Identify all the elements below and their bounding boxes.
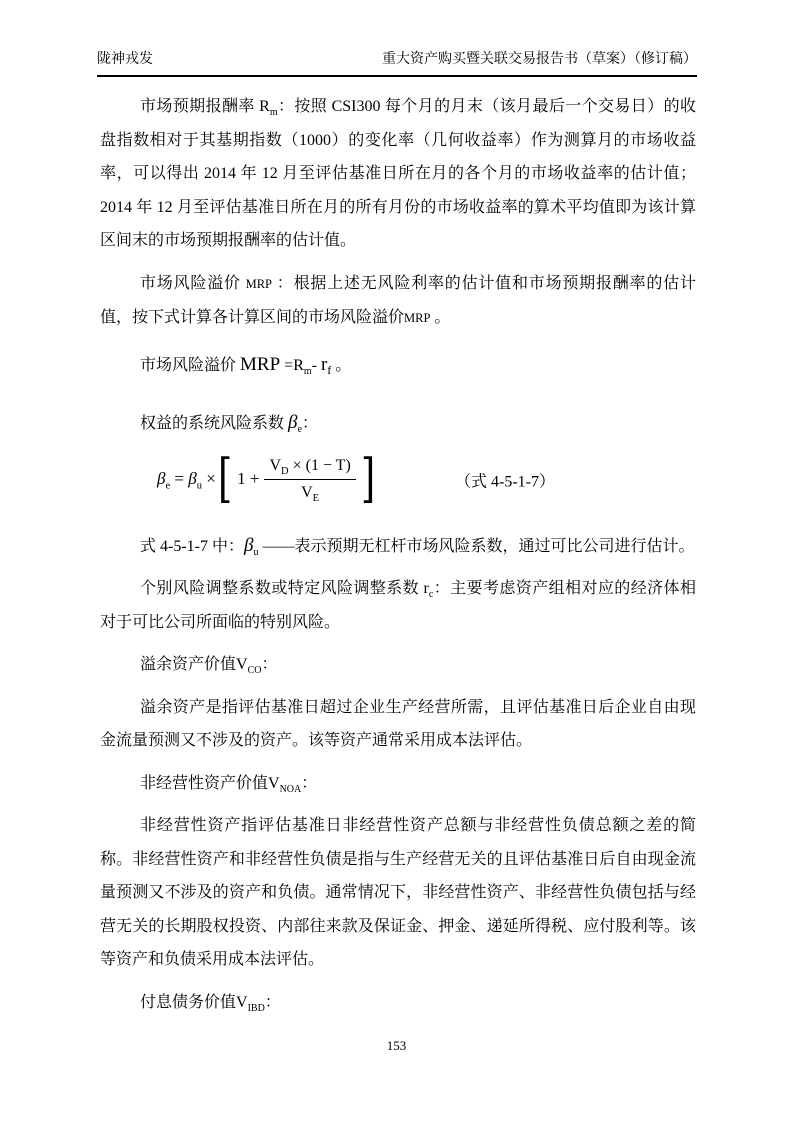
fraction-denominator: VE [301,480,319,503]
formula-mrp: 市场风险溢价 MRP =Rm- rf 。 [100,348,696,383]
open-bracket: [ [218,455,232,504]
para-beta-e: 权益的系统风险系数 βe： [100,406,696,441]
para-formula-note: 式 4-5-1-7 中：βu ——表示预期无杠杆市场风险系数，通过可比公司进行估… [100,529,696,564]
para-interest-debt-title: 付息债务价值VIBD： [100,986,696,1020]
page-number: 153 [387,1038,407,1053]
formula-lhs: βe = βu × [157,469,216,489]
document-body: 市场预期报酬率 Rm：按照 CSI300 每个月的月末（该月最后一个交易日）的收… [100,90,696,1028]
fraction: VD × (1 − T)VE [264,456,355,503]
header-right-title: 重大资产购买暨关联交易报告书（草案）（修订稿） [382,50,697,70]
para-market-risk-premium: 市场风险溢价 MRP ：根据上述无风险利率的估计值和市场预期报酬率的估计值，按下… [100,267,696,336]
para-non-operating-title: 非经营性资产价值VNOA： [100,767,696,801]
header-left-title: 陇神戎发 [97,50,153,70]
page-header: 陇神戎发 重大资产购买暨关联交易报告书（草案）（修订稿） [97,50,697,77]
fraction-numerator: VD × (1 − T) [264,456,355,480]
para-surplus-asset-title: 溢余资产价值VCO： [100,648,696,682]
page-footer: 153 [0,1038,793,1054]
para-market-expected-return: 市场预期报酬率 Rm：按照 CSI300 每个月的月末（该月最后一个交易日）的收… [100,90,696,258]
para-specific-risk: 个别风险调整系数或特定风险调整系数 rc：主要考虑资产组相对应的经济体相对于可比… [100,572,696,639]
formula-expression: βe = βu × [1 +VD × (1 − T)VE] [157,455,377,504]
formula-label: （式 4-5-1-7） [455,468,555,491]
formula-inner-prefix: 1 + [237,469,259,489]
para-non-operating-desc: 非经营性资产指评估基准日非经营性资产总额与非经营性负债总额之差的简称。非经营性资… [100,809,696,977]
document-page: 陇神戎发 重大资产购买暨关联交易报告书（草案）（修订稿） 市场预期报酬率 Rm：… [0,0,793,1122]
para-surplus-asset-desc: 溢余资产是指评估基准日超过企业生产经营所需，且评估基准日后企业自由现金流量预测又… [100,691,696,758]
close-bracket: ] [361,455,375,504]
formula-4-5-1-7: βe = βu × [1 +VD × (1 − T)VE]（式 4-5-1-7） [100,449,696,511]
